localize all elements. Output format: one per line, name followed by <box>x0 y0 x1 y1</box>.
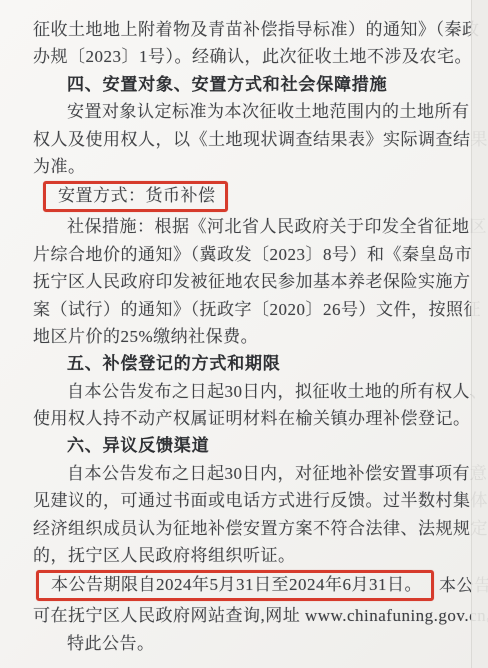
body-line: 地区片价的25%缴纳社保费。 <box>33 323 457 350</box>
highlighted-resettlement-method-line: 安置方式：货币补偿 <box>33 181 457 212</box>
red-highlight-box: 本公告期限自2024年5月31日至2024年6月31日。 <box>36 570 434 601</box>
red-highlight-box: 安置方式：货币补偿 <box>43 181 228 212</box>
document-page: 征收土地地上附着物及青苗补偿指导标准）的通知》（秦政 办规〔2023〕1号）。经… <box>0 0 488 668</box>
body-line: 的，抚宁区人民政府将组织听证。 <box>33 542 457 569</box>
body-line: 经济组织成员认为征地补偿安置方案不符合法律、法规规定 <box>33 515 457 542</box>
body-line: 办规〔2023〕1号）。经确认，此次征收土地不涉及农宅。 <box>33 43 457 70</box>
section-heading-registration: 五、补偿登记的方式和期限 <box>33 350 457 377</box>
body-line: 权人及使用权人，以《土地现状调查结果表》实际调查结果 <box>33 126 457 153</box>
paper-edge <box>471 0 488 668</box>
body-line: 片综合地价的通知》（冀政发〔2023〕8号）和《秦皇岛市 <box>33 241 457 268</box>
body-line: 案（试行）的通知》（抚政字〔2020〕26号）文件，按照征 <box>33 296 457 323</box>
highlighted-text: 安置方式：货币补偿 <box>58 186 216 205</box>
body-line: 见建议的，可通过书面或电话方式进行反馈。过半数村集体 <box>33 487 457 514</box>
body-line: 自本公告发布之日起30日内，拟征收土地的所有权人、 <box>33 378 457 405</box>
body-line: 为准。 <box>33 153 457 180</box>
body-line: 征收土地地上附着物及青苗补偿指导标准）的通知》（秦政 <box>33 16 457 43</box>
body-line: 可在抚宁区人民政府网站查询,网址 www.chinafuning.gov.cn。 <box>33 602 457 629</box>
highlighted-text: 本公告期限自2024年5月31日至2024年6月31日。 <box>51 575 422 594</box>
body-line: 自本公告发布之日起30日内，对征地补偿安置事项有意 <box>33 460 457 487</box>
body-line: 社保措施：根据《河北省人民政府关于印发全省征地区 <box>33 213 457 240</box>
body-line: 抚宁区人民政府印发被征地农民参加基本养老保险实施方 <box>33 268 457 295</box>
notice-body: 征收土地地上附着物及青苗补偿指导标准）的通知》（秦政 办规〔2023〕1号）。经… <box>33 16 457 657</box>
section-heading-resettlement: 四、安置对象、安置方式和社会保障措施 <box>33 71 457 98</box>
body-line: 使用权人持不动产权属证明材料在榆关镇办理补偿登记。 <box>33 405 457 432</box>
body-line: 安置对象认定标准为本次征收土地范围内的土地所有 <box>33 98 457 125</box>
section-heading-feedback: 六、异议反馈渠道 <box>33 432 457 459</box>
highlighted-notice-period-line: 本公告期限自2024年5月31日至2024年6月31日。 本公告 <box>33 570 457 601</box>
closing-line: 特此公告。 <box>33 630 457 657</box>
